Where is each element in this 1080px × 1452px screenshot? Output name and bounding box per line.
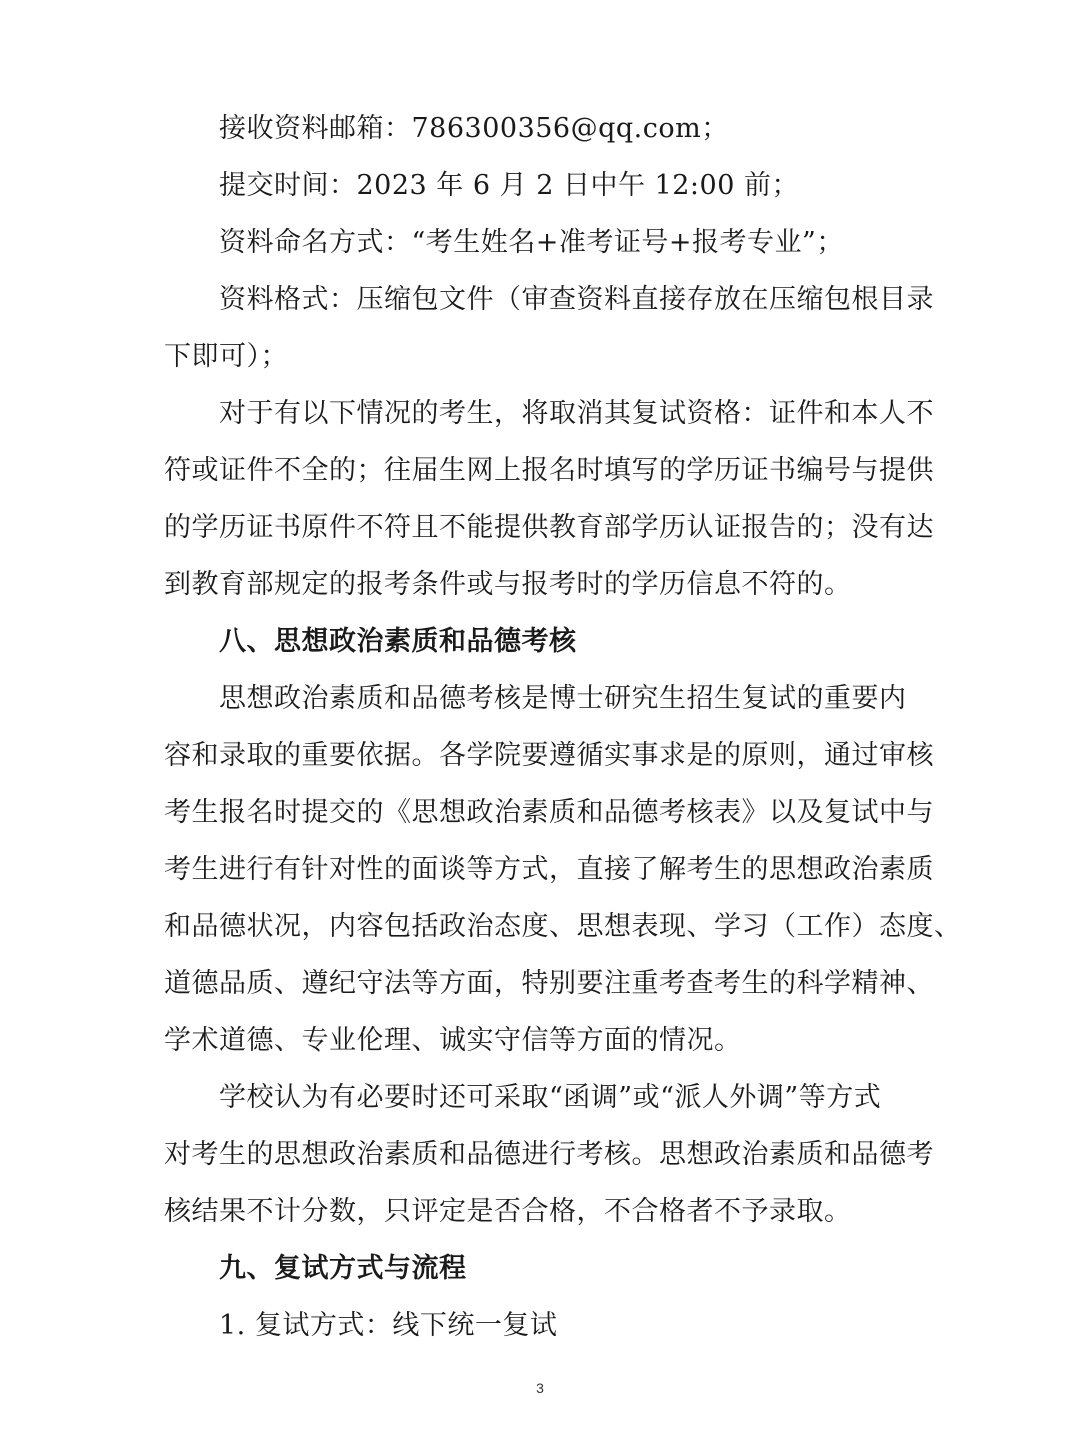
heading-text: 八、思想政治素质和品德考核 [164, 613, 920, 670]
paragraph-email: 接收资料邮箱：786300356@qq.com； [164, 100, 920, 157]
text-line: 学术道德、专业伦理、诚实守信等方面的情况。 [164, 1012, 920, 1069]
text-line: 接收资料邮箱：786300356@qq.com； [164, 100, 920, 157]
text-line: 符或证件不全的；往届生网上报名时填写的学历证书编号与提供 [164, 442, 920, 499]
text-line: 的学历证书原件不符且不能提供教育部学历认证报告的；没有达 [164, 499, 920, 556]
text-line: 考生进行有针对性的面谈等方式，直接了解考生的思想政治素质 [164, 841, 920, 898]
text-line: 思想政治素质和品德考核是博士研究生招生复试的重要内 [164, 670, 920, 727]
text-line: 下即可）； [164, 328, 920, 385]
paragraph-naming: 资料命名方式：“考生姓名+准考证号+报考专业”； [164, 214, 920, 271]
text-line: 道德品质、遵纪守法等方面，特别要注重考查考生的科学精神、 [164, 955, 920, 1012]
text-line: 资料命名方式：“考生姓名+准考证号+报考专业”； [164, 214, 920, 271]
text-line: 学校认为有必要时还可采取“函调”或“派人外调”等方式 [164, 1069, 920, 1126]
text-line: 和品德状况，内容包括政治态度、思想表现、学习（工作）态度、 [164, 898, 920, 955]
paragraph-investigation: 学校认为有必要时还可采取“函调”或“派人外调”等方式 对考生的思想政治素质和品德… [164, 1069, 920, 1240]
paragraph-moral-exam: 思想政治素质和品德考核是博士研究生招生复试的重要内 容和录取的重要依据。各学院要… [164, 670, 920, 1069]
section-heading-9: 九、复试方式与流程 [164, 1240, 920, 1297]
paragraph-disqualification: 对于有以下情况的考生，将取消其复试资格：证件和本人不 符或证件不全的；往届生网上… [164, 385, 920, 613]
paragraph-format: 资料格式：压缩包文件（审查资料直接存放在压缩包根目录 下即可）； [164, 271, 920, 385]
text-line: 对考生的思想政治素质和品德进行考核。思想政治素质和品德考 [164, 1126, 920, 1183]
text-line: 对于有以下情况的考生，将取消其复试资格：证件和本人不 [164, 385, 920, 442]
paragraph-method: 1. 复试方式：线下统一复试 [164, 1297, 920, 1354]
text-line: 提交时间：2023 年 6 月 2 日中午 12:00 前； [164, 157, 920, 214]
heading-text: 九、复试方式与流程 [164, 1240, 920, 1297]
text-line: 到教育部规定的报考条件或与报考时的学历信息不符的。 [164, 556, 920, 613]
text-line: 资料格式：压缩包文件（审查资料直接存放在压缩包根目录 [164, 271, 920, 328]
text-line: 核结果不计分数，只评定是否合格，不合格者不予录取。 [164, 1183, 920, 1240]
page-number: 3 [0, 1380, 1080, 1396]
text-line: 考生报名时提交的《思想政治素质和品德考核表》以及复试中与 [164, 784, 920, 841]
text-line: 1. 复试方式：线下统一复试 [164, 1297, 920, 1354]
document-page: 接收资料邮箱：786300356@qq.com； 提交时间：2023 年 6 月… [164, 100, 920, 1354]
paragraph-deadline: 提交时间：2023 年 6 月 2 日中午 12:00 前； [164, 157, 920, 214]
section-heading-8: 八、思想政治素质和品德考核 [164, 613, 920, 670]
text-line: 容和录取的重要依据。各学院要遵循实事求是的原则，通过审核 [164, 727, 920, 784]
